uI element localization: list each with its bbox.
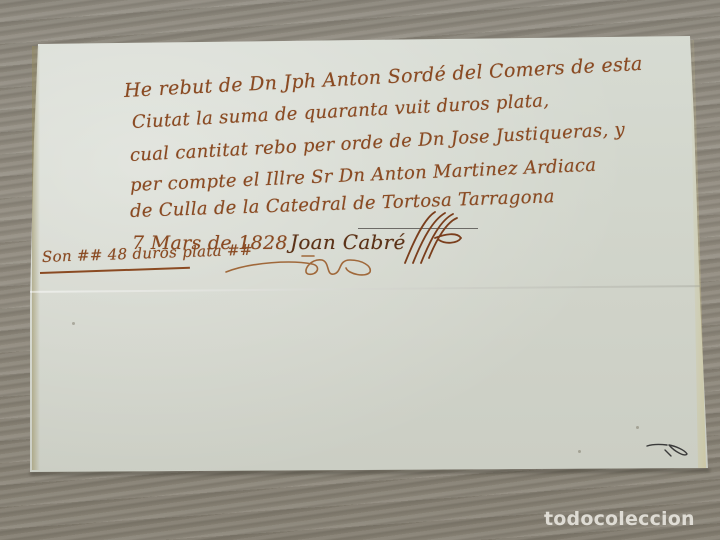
pencil-lot-number-icon — [645, 440, 695, 470]
paper-spot — [636, 426, 639, 429]
signature-flourish-icon — [222, 252, 392, 282]
signature: Joan Cabré — [290, 230, 406, 254]
document-paper: He rebut de Dn Jph Anton Sordé del Comer… — [0, 0, 720, 540]
paper-spot — [578, 450, 581, 453]
paper-spot — [72, 322, 75, 325]
watermark-text: todocoleccion — [544, 508, 695, 530]
paper-edge-stain-left — [32, 46, 40, 470]
signature-rubric-icon — [395, 208, 465, 268]
